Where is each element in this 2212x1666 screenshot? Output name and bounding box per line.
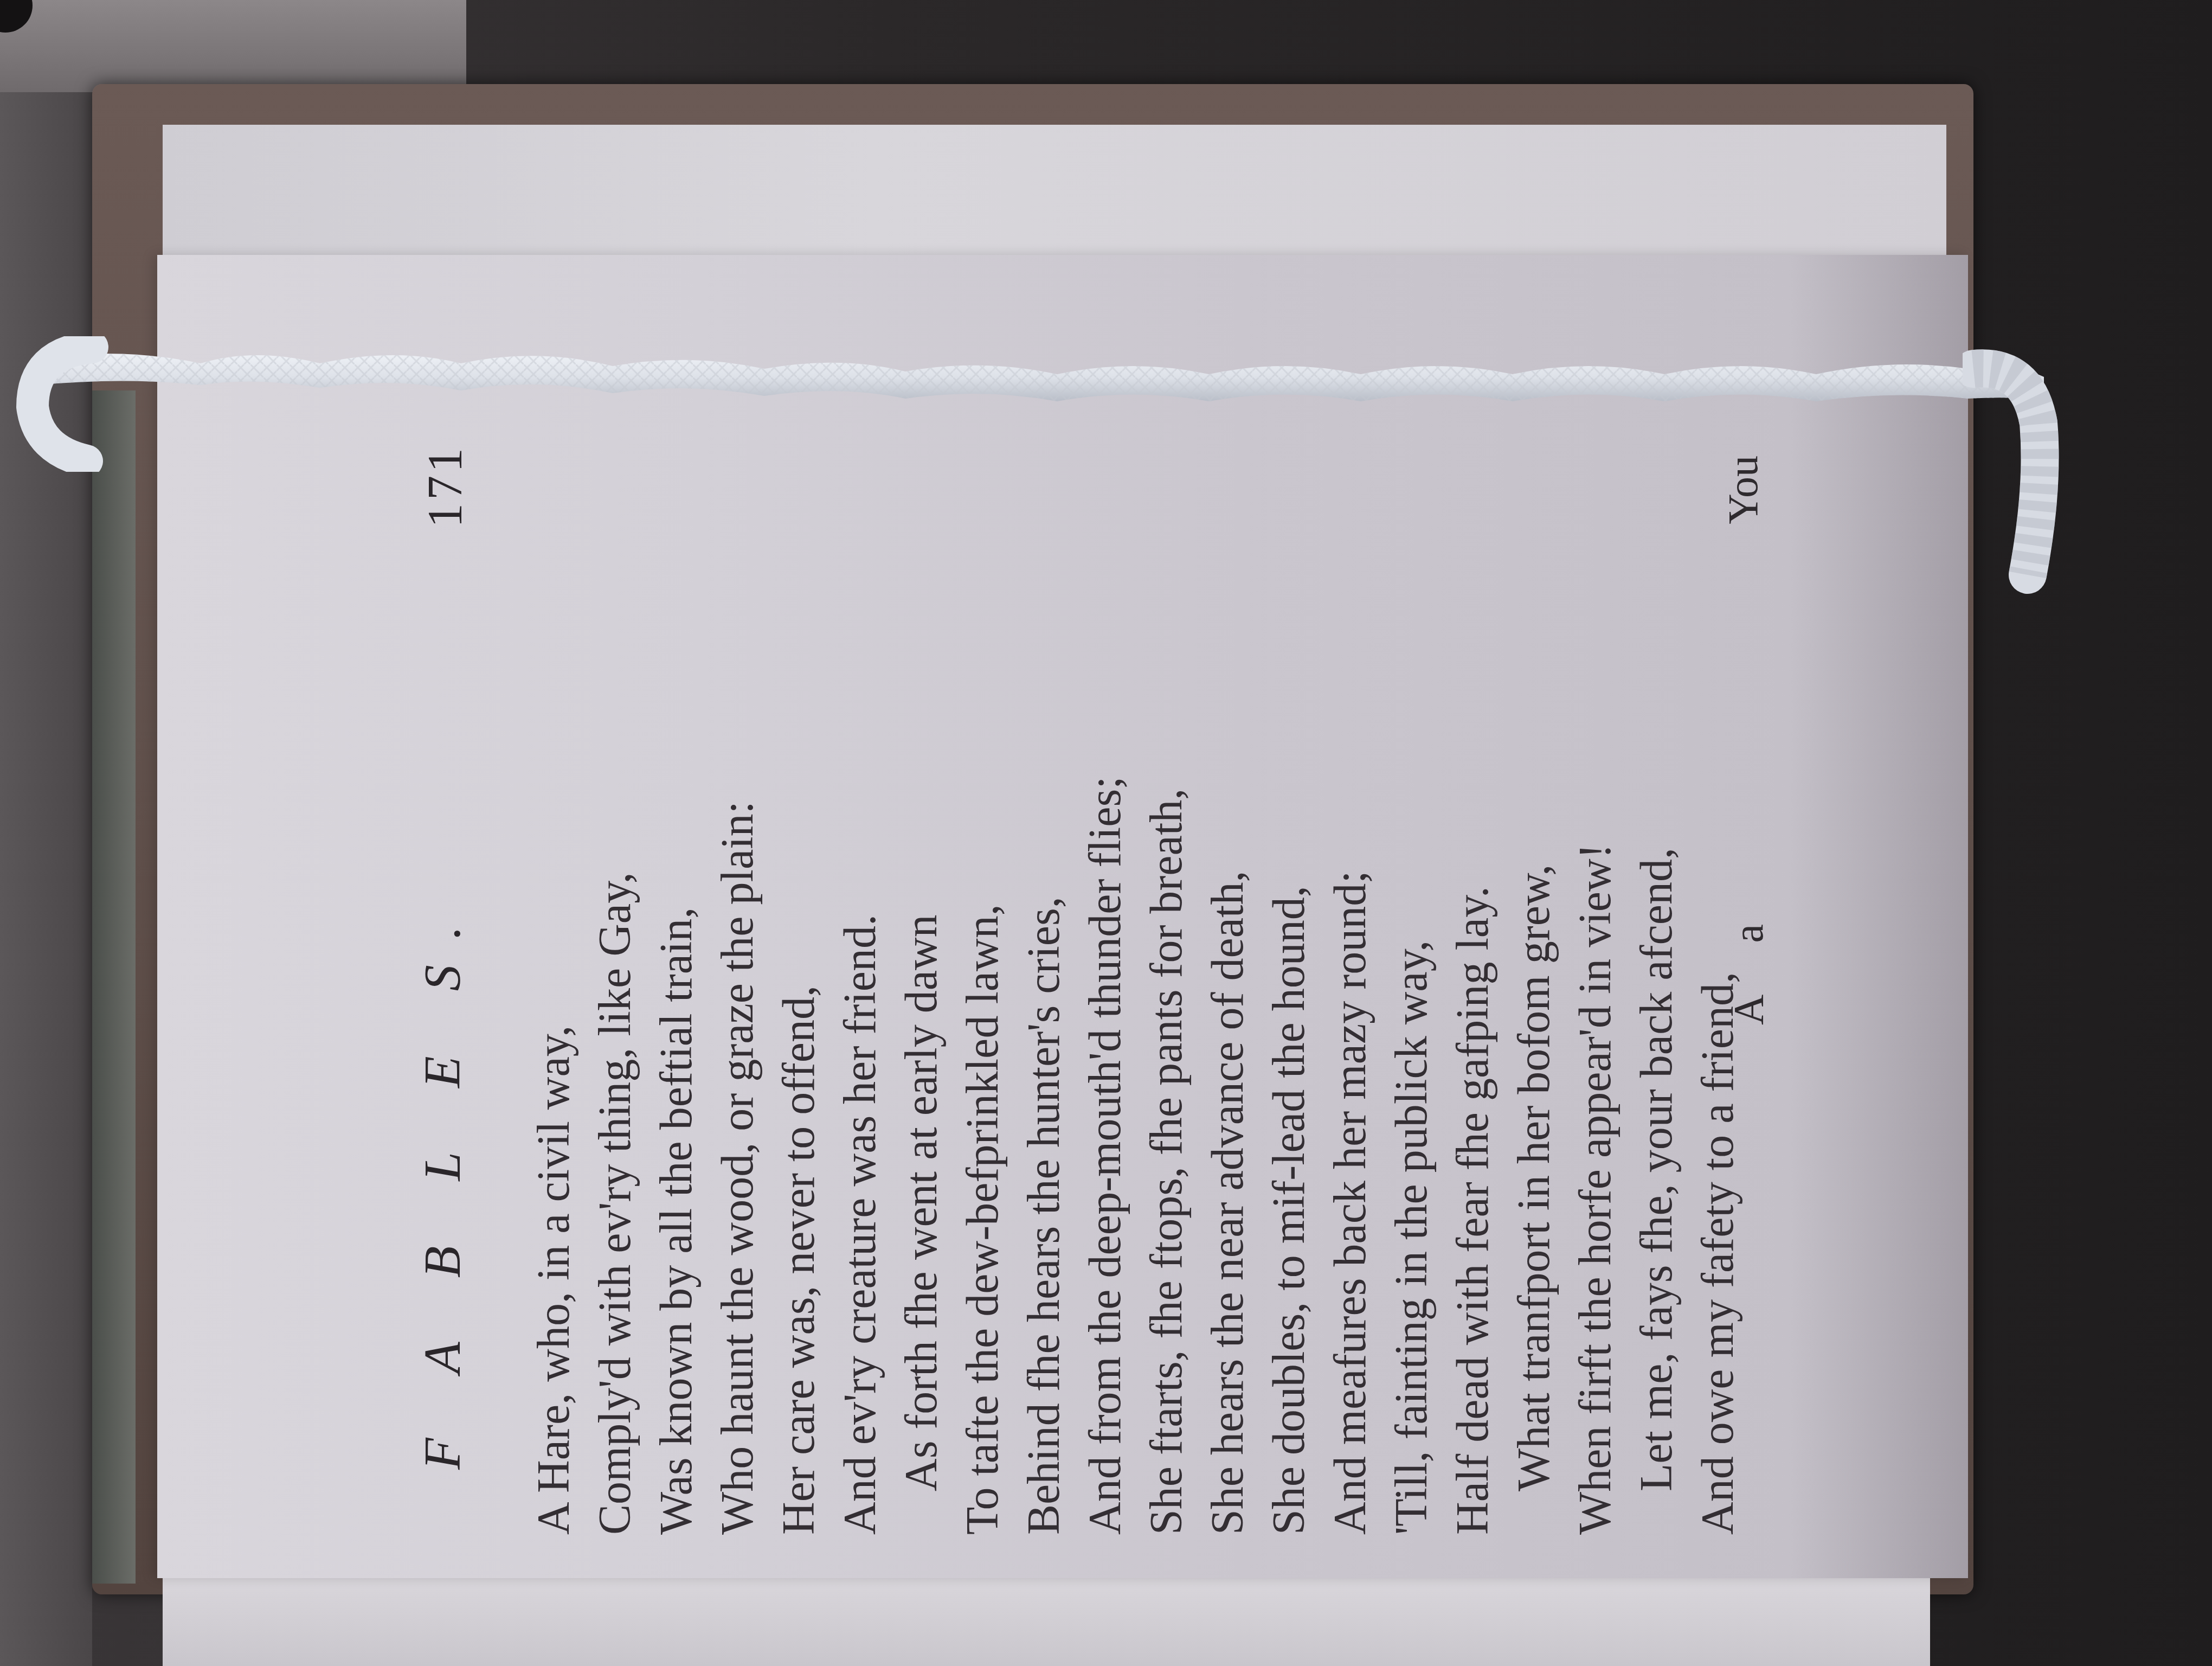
verse-line: And from the deep-mouth'd thunder flies;: [1075, 342, 1136, 1535]
page-text-block: F A B L E S. 171 A Hare, who, in a civil…: [396, 293, 1805, 1649]
verse-line: She doubles, to mif-lead the hound,: [1258, 342, 1320, 1535]
verse-lines: A Hare, who, in a civil way, Comply'd wi…: [523, 342, 1748, 1535]
cord-tail-icon: [1963, 347, 2071, 618]
verse-line: When firft the horfe appear'd in view!: [1565, 342, 1626, 1535]
verse-line: Her care was, never to offend,: [768, 342, 829, 1535]
verse-line: Comply'd with ev'ry thing, like Gay,: [584, 342, 646, 1535]
verse-line: 'Till, fainting in the publick way,: [1381, 342, 1442, 1535]
signature-mark: A a: [1724, 902, 1773, 1025]
page-gutter-shadow: [1789, 255, 1968, 1578]
dark-object: [0, 0, 33, 33]
cord-right-end: [1963, 347, 2071, 618]
cord-bookmark[interactable]: [16, 325, 2055, 412]
verse-line: Was known by all the beftial train,: [646, 342, 707, 1535]
verse-line: Who haunt the wood, or graze the plain:: [707, 342, 768, 1535]
verse-line: As forth fhe went at early dawn: [891, 342, 952, 1535]
cord-left-end: [11, 336, 152, 472]
braided-cord-icon: [16, 325, 2055, 412]
verse-line: And ev'ry creature was her friend.: [829, 342, 891, 1535]
page-number: 171: [417, 445, 473, 528]
verse-line: She hears the near advance of death,: [1197, 342, 1258, 1535]
verse-line: She ftarts, fhe ftops, fhe pants for bre…: [1136, 342, 1197, 1535]
shelf-background: [0, 0, 466, 92]
verse-line: What tranfport in her bofom grew,: [1503, 342, 1565, 1535]
page-header: F A B L E S. 171: [396, 293, 504, 1649]
verse-line: Let me, fays fhe, your back afcend,: [1626, 342, 1687, 1535]
cover-cloth-edge: [92, 390, 136, 1584]
verse-line: Half dead with fear fhe gafping lay.: [1442, 342, 1503, 1535]
verse-line: A Hare, who, in a civil way,: [523, 342, 584, 1535]
verse-line: And meafures back her mazy round;: [1320, 342, 1381, 1535]
verse-line: To tafte the dew-befprinkled lawn,: [952, 342, 1013, 1535]
verse-line: Behind fhe hears the hunter's cries,: [1013, 342, 1075, 1535]
cord-loop-icon: [11, 336, 152, 472]
catchword: You: [1719, 456, 1767, 524]
running-title: F A B L E S.: [412, 900, 472, 1470]
